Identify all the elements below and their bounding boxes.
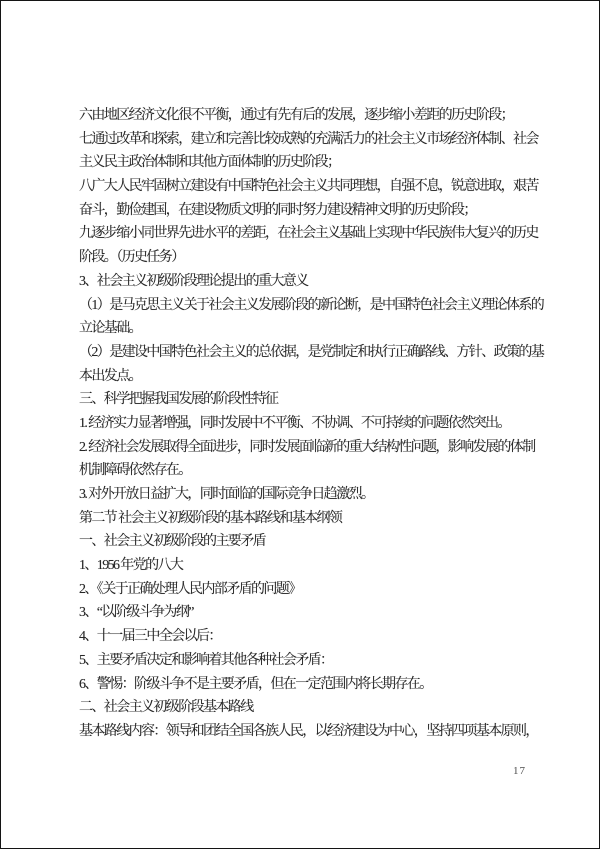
text-line: 6、警惕：阶级斗争不是主要矛盾，但在一定范围内将长期存在。 [79, 673, 529, 697]
subsection-heading: 二、社会主义初级阶段基本路线 [79, 696, 529, 720]
text-line: 八广大人民牢固树立建设有中国特色社会主义共同理想，自强不息，锐意进取，艰苦 [79, 175, 529, 199]
text-line: 3. 对外开放日益扩大，同时面临的国际竞争日趋激烈。 [79, 483, 529, 507]
text-line: 奋斗，勤俭建国，在建设物质文明的同时努力建设精神文明的历史阶段； [79, 199, 529, 223]
document-page: 六由地区经济文化很不平衡，通过有先有后的发展，逐步缩小差距的历史阶段； 七通过改… [0, 0, 600, 849]
subsection-heading: 一、社会主义初级阶段的主要矛盾 [79, 530, 529, 554]
list-item-heading: 3、社会主义初级阶段理论提出的重大意义 [79, 270, 529, 294]
text-line: 2、《关于正确处理人民内部矛盾的问题》 [79, 578, 529, 602]
text-line: （1）是马克思主义关于社会主义发展阶段的新论断，是中国特色社会主义理论体系的 [79, 294, 529, 318]
text-line: 2. 经济社会发展取得全面进步，同时发展面临新的重大结构性问题，影响发展的体制 [79, 436, 529, 460]
text-line: 机制障碍依然存在。 [79, 459, 529, 483]
text-line: 阶段。（历史任务） [79, 246, 529, 270]
text-line: 六由地区经济文化很不平衡，通过有先有后的发展，逐步缩小差距的历史阶段； [79, 104, 529, 128]
text-line: 4、十一届三中全会以后： [79, 625, 529, 649]
text-line: 1. 经济实力显著增强，同时发展中不平衡、不协调、不可持续的问题依然突出。 [79, 412, 529, 436]
text-line: 1、1956 年党的八大 [79, 554, 529, 578]
text-line: 立论基础。 [79, 317, 529, 341]
section-heading: 第二节 社会主义初级阶段的基本路线和基本纲领 [79, 507, 529, 531]
text-line: 七通过改革和探索，建立和完善比较成熟的充满活力的社会主义市场经济体制、社会 [79, 128, 529, 152]
text-line: 主义民主政治体制和其他方面体制的历史阶段； [79, 151, 529, 175]
page-number: 17 [513, 765, 526, 777]
subsection-heading: 三、科学把握我国发展的阶段性特征 [79, 388, 529, 412]
text-line: 5、主要矛盾决定和影响着其他各种社会矛盾： [79, 649, 529, 673]
text-line: 基本路线内容：领导和团结全国各族人民，以经济建设为中心，坚持四项基本原则， [79, 720, 529, 744]
text-line: 九逐步缩小同世界先进水平的差距，在社会主义基础上实现中华民族伟大复兴的历史 [79, 222, 529, 246]
text-line: 3、“以阶级斗争为纲” [79, 601, 529, 625]
text-line: （2）是建设中国特色社会主义的总依据，是党制定和执行正确路线、方针、政策的基 [79, 341, 529, 365]
text-block: 六由地区经济文化很不平衡，通过有先有后的发展，逐步缩小差距的历史阶段； 七通过改… [79, 104, 529, 744]
text-line: 本出发点。 [79, 365, 529, 389]
